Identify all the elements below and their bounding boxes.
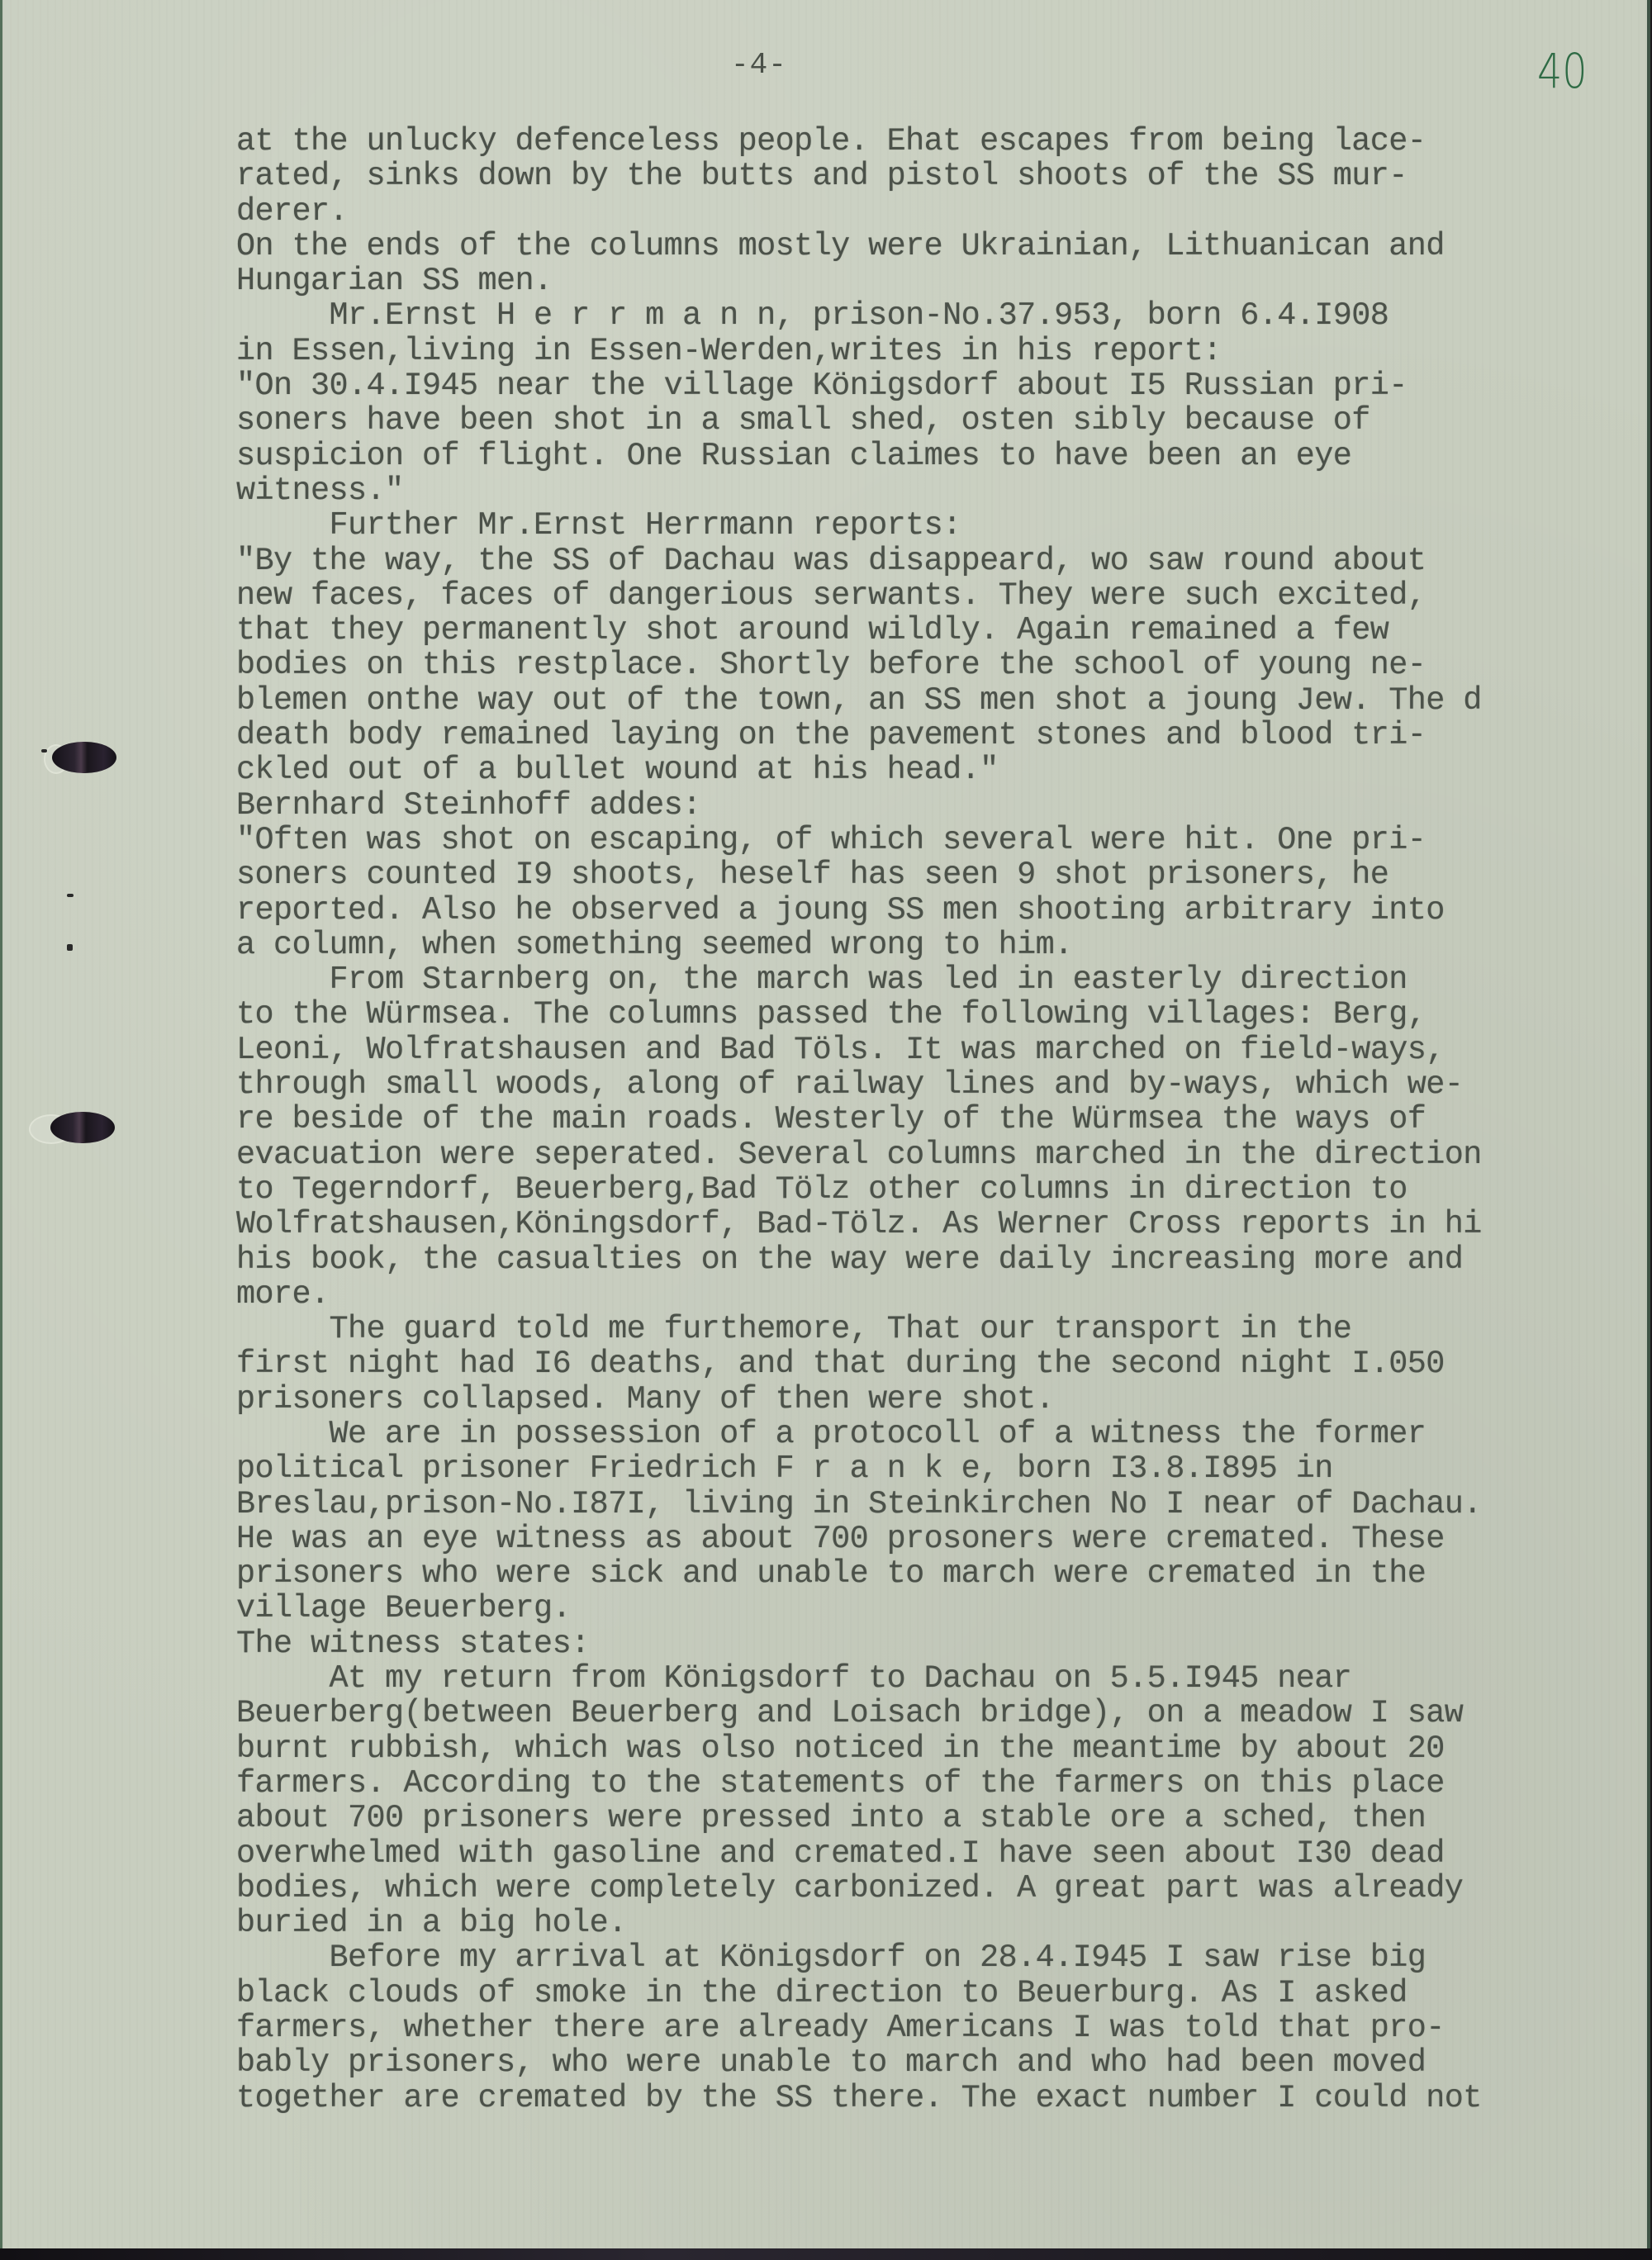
text-line: farmers, whether there are already Ameri… xyxy=(236,2011,1652,2045)
text-line: bodies on this restplace. Shortly before… xyxy=(236,648,1652,682)
text-line: Hungarian SS men. xyxy=(236,264,1652,298)
text-line: prisoners collapsed. Many of then were s… xyxy=(236,1382,1652,1417)
text-line: at the unlucky defenceless people. Ehat … xyxy=(236,124,1652,159)
text-line: He was an eye witness as about 700 proso… xyxy=(236,1522,1652,1556)
text-line: that they permanently shot around wildly… xyxy=(236,613,1652,648)
text-line: together are cremated by the SS there. T… xyxy=(236,2081,1652,2115)
text-line: overwhelmed with gasoline and cremated.I… xyxy=(236,1836,1652,1871)
text-line: Wolfratshausen,Köningsdorf, Bad-Tölz. As… xyxy=(236,1207,1652,1242)
text-line: Further Mr.Ernst Herrmann reports: xyxy=(236,508,1652,543)
text-line: a column, when something seemed wrong to… xyxy=(236,928,1652,962)
text-line: rated, sinks down by the butts and pisto… xyxy=(236,159,1652,193)
text-line: re beside of the main roads. Westerly of… xyxy=(236,1102,1652,1137)
text-line: his book, the casualties on the way were… xyxy=(236,1242,1652,1277)
paper-speck xyxy=(67,944,73,951)
text-line: death body remained laying on the paveme… xyxy=(236,718,1652,753)
text-line: village Beuerberg. xyxy=(236,1591,1652,1626)
text-line: Mr.Ernst H e r r m a n n, prison-No.37.9… xyxy=(236,298,1652,333)
text-line: blemen onthe way out of the town, an SS … xyxy=(236,683,1652,718)
typewritten-body: at the unlucky defenceless people. Ehat … xyxy=(236,124,1652,2115)
text-line: We are in possession of a protocoll of a… xyxy=(236,1417,1652,1451)
text-line: suspicion of flight. One Russian claimes… xyxy=(236,439,1652,473)
text-line: political prisoner Friedrich F r a n k e… xyxy=(236,1451,1652,1486)
text-line: in Essen,living in Essen-Werden,writes i… xyxy=(236,334,1652,368)
text-line: about 700 prisoners were pressed into a … xyxy=(236,1801,1652,1835)
text-line: Breslau,prison-No.I87I, living in Steink… xyxy=(236,1487,1652,1522)
scanner-bottom-edge xyxy=(0,2248,1652,2260)
text-line: The witness states: xyxy=(236,1626,1652,1661)
text-line: bably prisoners, who were unable to marc… xyxy=(236,2045,1652,2080)
text-line: bodies, which were completely carbonized… xyxy=(236,1871,1652,1906)
text-line: Leoni, Wolfratshausen and Bad Töls. It w… xyxy=(236,1033,1652,1067)
text-line: witness." xyxy=(236,473,1652,508)
text-line: black clouds of smoke in the direction t… xyxy=(236,1976,1652,2011)
text-line: "By the way, the SS of Dachau was disapp… xyxy=(236,544,1652,578)
text-line: soners counted I9 shoots, heself has see… xyxy=(236,857,1652,892)
text-line: soners have been shot in a small shed, o… xyxy=(236,403,1652,438)
text-line: first night had I6 deaths, and that duri… xyxy=(236,1346,1652,1381)
text-line: evacuation were seperated. Several colum… xyxy=(236,1137,1652,1172)
text-line: more. xyxy=(236,1277,1652,1312)
page-header-number: -4- xyxy=(731,48,787,82)
text-line: to the Würmsea. The columns passed the f… xyxy=(236,997,1652,1032)
text-line: Bernhard Steinhoff addes: xyxy=(236,788,1652,823)
punch-hole-icon xyxy=(52,742,116,773)
text-line: burnt rubbish, which was olso noticed in… xyxy=(236,1731,1652,1766)
punch-hole-icon xyxy=(50,1112,115,1143)
text-line: At my return from Königsdorf to Dachau o… xyxy=(236,1661,1652,1696)
text-line: "Often was shot on escaping, of which se… xyxy=(236,823,1652,857)
text-line: Beuerberg(between Beuerberg and Loisach … xyxy=(236,1696,1652,1731)
text-line: derer. xyxy=(236,194,1652,229)
handwritten-page-number: 40 xyxy=(1537,43,1588,99)
text-line: buried in a big hole. xyxy=(236,1906,1652,1940)
text-line: prisoners who were sick and unable to ma… xyxy=(236,1556,1652,1591)
text-line: The guard told me furthemore, That our t… xyxy=(236,1312,1652,1346)
text-line: through small woods, along of railway li… xyxy=(236,1067,1652,1102)
text-line: new faces, faces of dangerious serwants.… xyxy=(236,578,1652,613)
paper-speck xyxy=(41,749,47,753)
text-line: reported. Also he observed a joung SS me… xyxy=(236,893,1652,928)
text-line: Before my arrival at Königsdorf on 28.4.… xyxy=(236,1940,1652,1975)
text-line: farmers. According to the statements of … xyxy=(236,1766,1652,1801)
document-page: -4- 40 at the unlucky defenceless people… xyxy=(0,0,1650,2248)
paper-speck xyxy=(67,894,74,897)
text-line: to Tegerndorf, Beuerberg,Bad Tölz other … xyxy=(236,1172,1652,1207)
text-line: From Starnberg on, the march was led in … xyxy=(236,962,1652,997)
text-line: "On 30.4.I945 near the village Königsdor… xyxy=(236,368,1652,403)
text-line: ckled out of a bullet wound at his head.… xyxy=(236,753,1652,787)
text-line: On the ends of the columns mostly were U… xyxy=(236,229,1652,264)
